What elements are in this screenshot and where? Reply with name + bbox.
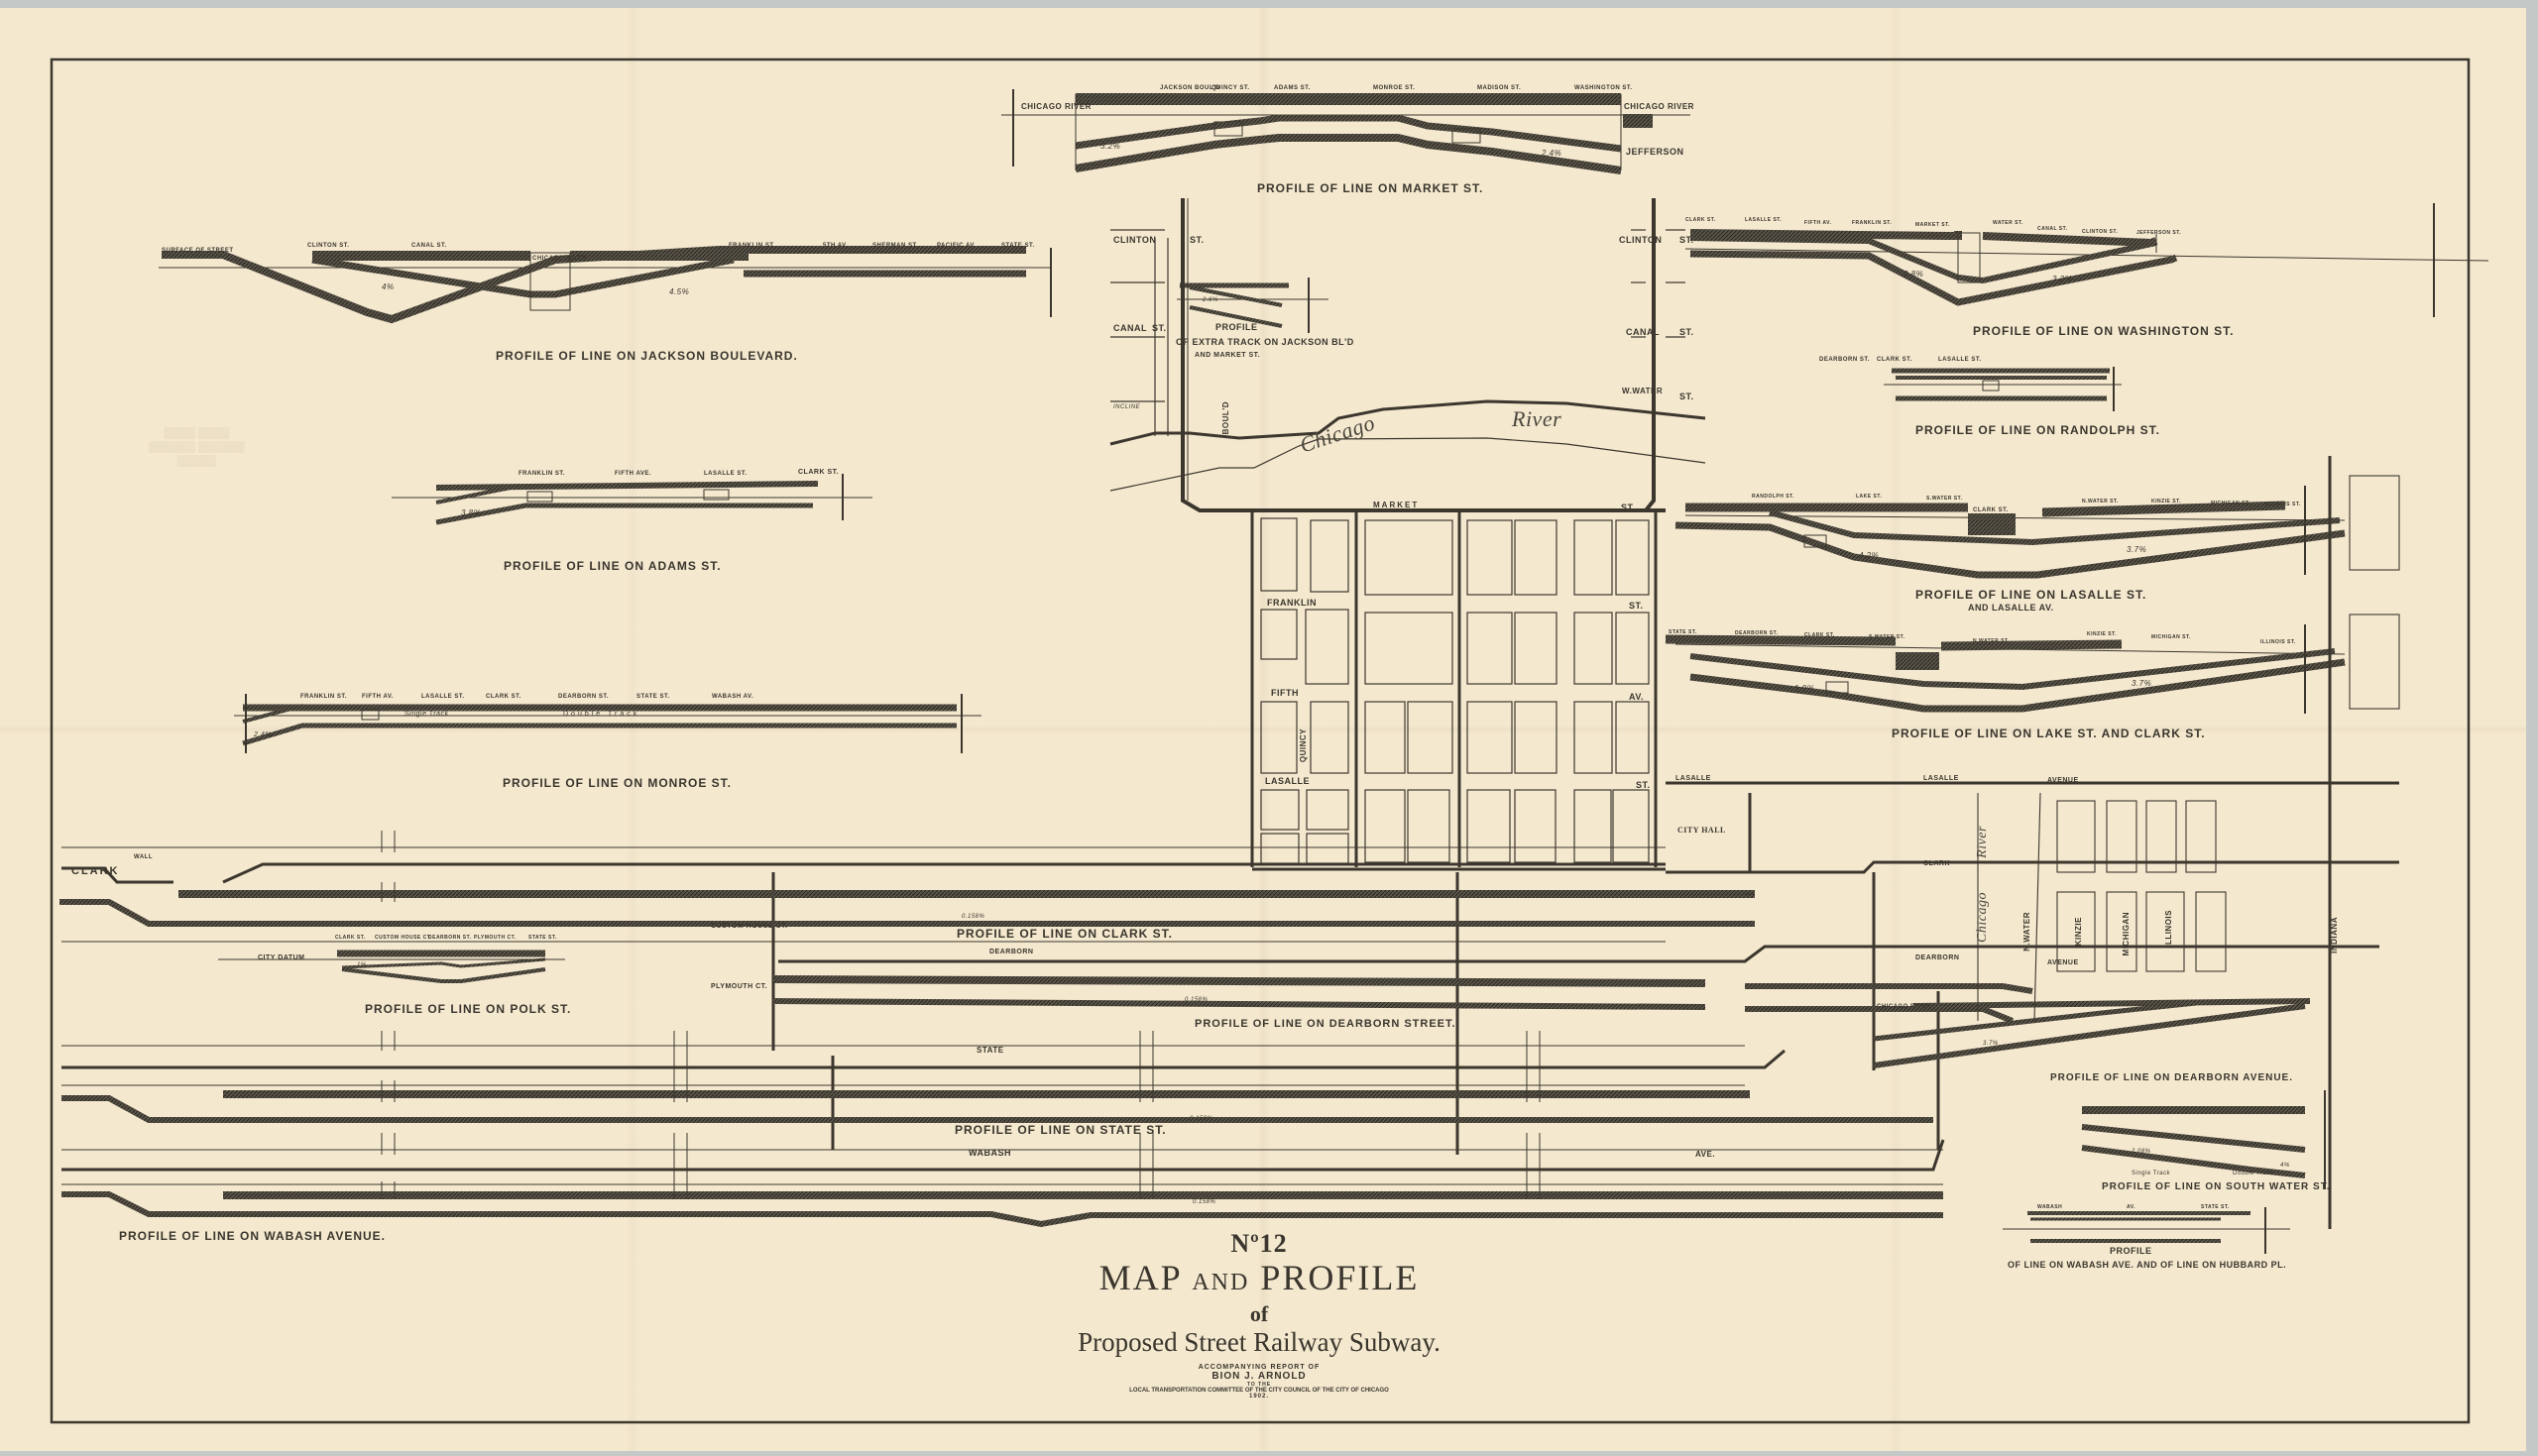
lake-clark-street-7: ILLINOIS ST. — [2260, 639, 2296, 645]
lake-clark-street-1: DEARBORN ST. — [1735, 630, 1779, 636]
jackson-street-2: FRANKLIN ST. — [729, 243, 775, 249]
lake-clark-street-5: KINZIE ST. — [2087, 631, 2117, 637]
map-label-kinzie: KINZIE — [2074, 917, 2083, 946]
map-label-st: ST. — [1621, 503, 1636, 512]
lake-clark-street-3: S.WATER ST. — [1869, 634, 1905, 640]
map-label-state-south: STATE — [977, 1046, 1004, 1055]
jackson-profile — [159, 248, 1051, 319]
wabash-hubbard-street-0: WABASH — [2037, 1204, 2062, 1210]
jackson-street-4: SHERMAN ST. — [872, 243, 918, 249]
map-label-av: AV. — [1629, 692, 1644, 702]
lasalle-profile-title: PROFILE OF LINE ON LASALLE ST. — [1915, 588, 2146, 602]
lasalle-street-6: ILLINOIS ST. — [2265, 502, 2301, 507]
title-block: Nº12 MAP AND PROFILE of Proposed Street … — [1051, 1229, 1467, 1400]
polk-street-4: STATE ST. — [528, 935, 557, 941]
polk-street-2: DEARBORN ST. — [428, 935, 472, 941]
washington-street-4: MARKET ST. — [1915, 222, 1950, 228]
market-street-3: MONROE ST. — [1373, 85, 1415, 91]
map-label-w-water: W.WATER — [1622, 387, 1663, 395]
lake-clark-street-6: MICHIGAN ST. — [2151, 634, 2191, 640]
map-label-clinton-east: CLINTON — [1619, 235, 1662, 245]
monroe-street-2: LASALLE ST. — [421, 694, 465, 700]
south-water-grade-right: 4% — [2280, 1163, 2290, 1169]
map-label-city-hall: CITY HALL — [1677, 826, 1726, 835]
title-of: of — [1051, 1301, 1467, 1327]
map-label-dearborn-south: DEARBORN — [989, 949, 1033, 955]
extra-track-grade: 2.6% — [1203, 297, 1218, 303]
map-label-plymouth: PLYMOUTH CT. — [711, 983, 767, 990]
map-label-illinois: ILLINOIS — [2164, 910, 2173, 948]
state-profile-title: PROFILE OF LINE ON STATE ST. — [955, 1123, 1167, 1137]
jackson-grade-right: 4.5% — [669, 287, 689, 296]
author-name: BION J. ARNOLD — [1051, 1371, 1467, 1382]
market-profile — [1001, 89, 1690, 170]
adams-grade: 3.8% — [461, 508, 481, 517]
map-label-st: ST. — [1679, 235, 1694, 245]
map-label-franklin: FRANKLIN — [1267, 598, 1317, 608]
jackson-street-1: CANAL ST. — [411, 243, 447, 249]
jackson-street-0: CLINTON ST. — [307, 243, 349, 249]
jackson-surface-label: SURFACE OF STREET — [162, 248, 234, 254]
monroe-grade: 2.4% — [254, 731, 272, 738]
wabash-hubbard-street-1: AV. — [2127, 1204, 2135, 1210]
washington-grade-right: 3.2% — [2052, 275, 2072, 283]
chicago-river — [1110, 401, 1705, 491]
washington-grade-left: 2.8% — [1903, 270, 1923, 279]
map-label-st: ST. — [1629, 601, 1644, 611]
map-title: MAP AND PROFILE — [1051, 1259, 1467, 1301]
market-grade-left: 3.2% — [1100, 142, 1120, 151]
dearborn-avenue-river: CHICAGO RIVER — [1877, 1004, 1931, 1010]
map-label-avenue: AVENUE — [2047, 777, 2079, 784]
market-street-2: ADAMS ST. — [1274, 85, 1311, 91]
lake-clark-grade-left: 1.9% — [1794, 684, 1814, 693]
map-number: Nº12 — [1051, 1229, 1467, 1259]
map-label-ave: AVE. — [1695, 1150, 1715, 1159]
map-label-dearborn-north: DEARBORN — [1915, 954, 1959, 961]
wabash-hubbard-title-2: OF LINE ON WABASH AVE. AND OF LINE ON HU… — [2008, 1260, 2286, 1270]
washington-street-8: JEFFERSON ST. — [2136, 230, 2181, 236]
dearborn-avenue-grade: 3.7% — [1983, 1041, 1999, 1047]
monroe-street-3: CLARK ST. — [486, 694, 521, 700]
wabash-hubbard-title-1: PROFILE — [2110, 1246, 2152, 1256]
lasalle-profile-subtitle: AND LASALLE AV. — [1968, 603, 2054, 613]
lake-clark-profile-title: PROFILE OF LINE ON LAKE ST. AND CLARK ST… — [1892, 727, 2206, 740]
polk-grade: 1% — [357, 962, 367, 968]
extra-track-title-3: AND MARKET ST. — [1195, 352, 1260, 359]
south-water-double-track: Double Track — [2233, 1171, 2273, 1176]
washington-street-6: CANAL ST. — [2037, 226, 2068, 232]
title-profile: PROFILE — [1260, 1258, 1419, 1297]
extra-track-title-1: PROFILE — [1215, 322, 1258, 332]
market-street-4: MADISON ST. — [1477, 85, 1521, 91]
lasalle-grade-right: 3.7% — [2127, 545, 2146, 554]
monroe-street-6: WABASH AV. — [712, 694, 753, 700]
map-label-custom-house: CUSTOM HOUSE CT. — [711, 923, 788, 930]
clark-grade: 0.158% — [962, 914, 984, 920]
market-river-left: CHICAGO RIVER — [1021, 102, 1092, 111]
map-label-incline: INCLINE — [1113, 404, 1140, 410]
accompanying-text: ACCOMPANYING REPORT OF — [1051, 1364, 1467, 1371]
washington-street-1: LASALLE ST. — [1745, 217, 1782, 223]
washington-profile-title: PROFILE OF LINE ON WASHINGTON ST. — [1973, 324, 2234, 338]
washington-street-2: FIFTH AV. — [1804, 220, 1831, 226]
map-label-canal-east: CANAL — [1626, 327, 1660, 337]
year-text: 1902. — [1051, 1394, 1467, 1400]
wabash-hubbard-street-2: STATE ST. — [2201, 1204, 2230, 1210]
map-label-chicago-north: Chicago — [1975, 892, 1991, 943]
adams-street-0: FRANKLIN ST. — [519, 471, 565, 477]
monroe-street-0: FRANKLIN ST. — [300, 694, 347, 700]
jackson-profile-title: PROFILE OF LINE ON JACKSON BOULEVARD. — [496, 349, 798, 363]
randolph-street-1: CLARK ST. — [1877, 357, 1912, 363]
lasalle-street-1: LAKE ST. — [1856, 494, 1882, 500]
randolph-profile — [1884, 367, 2122, 411]
library-stamp: ▒▒▒▒ ▒▒▒▒▒▒▒▒▒▒ ▒▒▒▒▒▒▒▒▒▒▒ — [149, 426, 245, 468]
title-map: MAP — [1099, 1258, 1182, 1297]
lasalle-street-4: KINZIE ST. — [2151, 499, 2181, 504]
title-subtitle: Proposed Street Railway Subway. — [1051, 1327, 1467, 1358]
cross-streets — [61, 831, 1943, 1199]
randolph-profile-title: PROFILE OF LINE ON RANDOLPH ST. — [1915, 423, 2160, 437]
market-street-5: WASHINGTON ST. — [1574, 85, 1633, 91]
map-label-lasalle: LASALLE — [1265, 776, 1310, 786]
jackson-grade-left: 4% — [382, 282, 395, 291]
map-label-river-north: River — [1975, 826, 1991, 858]
map-label-st: ST. — [1190, 235, 1205, 245]
map-label-market: MARKET — [1373, 501, 1419, 509]
map-label-boul-d: BOUL'D — [1221, 401, 1230, 434]
monroe-street-1: FIFTH AV. — [362, 694, 394, 700]
map-label-clark-north: CLARK — [1923, 860, 1950, 867]
map-label-st: ST. — [1152, 323, 1167, 333]
map-label-lasalle-avenue: LASALLE — [1923, 775, 1959, 782]
market-river-right: CHICAGO RIVER — [1624, 102, 1694, 111]
map-label-wabash-south: WABASH — [969, 1148, 1011, 1158]
market-street-1: QUINCY ST. — [1211, 85, 1250, 91]
map-label-river: River — [1512, 406, 1561, 432]
polk-street-0: CLARK ST. — [335, 935, 366, 941]
map-label-clinton-west: CLINTON — [1113, 235, 1156, 245]
monroe-street-5: STATE ST. — [636, 694, 670, 700]
adams-street-1: FIFTH AVE. — [615, 471, 651, 477]
lake-clark-street-2: CLARK ST. — [1804, 632, 1835, 638]
map-label-lasalle-north: LASALLE — [1675, 775, 1711, 782]
lake-clark-street-4: N.WATER ST. — [1973, 638, 2010, 644]
market-grade-right: 2.4% — [1542, 149, 1561, 158]
polk-street-1: CUSTOM HOUSE CT. — [375, 935, 432, 941]
jackson-street-3: 5TH AV. — [823, 243, 848, 249]
washington-street-5: WATER ST. — [1993, 220, 2023, 226]
monroe-double-track: Double Track — [563, 711, 639, 718]
lake-clark-grade-right: 3.7% — [2132, 679, 2151, 688]
washington-street-0: CLARK ST. — [1685, 217, 1716, 223]
jackson-street-5: PACIFIC AV. — [937, 243, 977, 249]
map-label-avenue-2: AVENUE — [2047, 959, 2079, 966]
map-label-clark-south: CLARK — [71, 865, 120, 877]
washington-street-7: CLINTON ST. — [2082, 229, 2118, 235]
lake-clark-street-0: STATE ST. — [1669, 629, 1697, 635]
map-label-fifth: FIFTH — [1271, 688, 1299, 698]
map-label-wall: WALL — [134, 854, 153, 860]
state-grade: 0.158% — [1190, 1116, 1212, 1122]
lasalle-street-3: N.WATER ST. — [2082, 499, 2119, 504]
randolph-street-2: LASALLE ST. — [1938, 357, 1982, 363]
polk-profile-title: PROFILE OF LINE ON POLK ST. — [365, 1002, 571, 1016]
map-label-st: ST. — [1679, 392, 1694, 401]
washington-street-3: FRANKLIN ST. — [1852, 220, 1892, 226]
adams-profile-title: PROFILE OF LINE ON ADAMS ST. — [504, 559, 722, 573]
jackson-street-6: STATE ST. — [1001, 243, 1035, 249]
clark-profile-title: PROFILE OF LINE ON CLARK ST. — [957, 927, 1173, 941]
randolph-street-0: DEARBORN ST. — [1819, 357, 1870, 363]
lasalle-river: CLARK ST. — [1973, 507, 2009, 513]
south-water-grade-left: 2.08% — [2132, 1149, 2151, 1155]
map-label-indiana: INDIANA — [2330, 917, 2339, 953]
extra-track-title-2: OF EXTRA TRACK ON JACKSON BL'D — [1176, 337, 1354, 347]
map-label-n-water: N.WATER — [2022, 912, 2031, 952]
dearborn-avenue-profile-title: PROFILE OF LINE ON DEARBORN AVENUE. — [2050, 1072, 2293, 1083]
monroe-profile — [234, 694, 981, 753]
monroe-street-4: DEARBORN ST. — [558, 694, 609, 700]
lasalle-grade-left: 4.2% — [1859, 551, 1879, 560]
map-label-quincy: QUINCY — [1299, 728, 1308, 762]
lasalle-street-2: S.WATER ST. — [1926, 496, 1963, 502]
wabash-profile-title: PROFILE OF LINE ON WABASH AVENUE. — [119, 1229, 386, 1243]
dearborn-street-grade: 0.158% — [1185, 997, 1208, 1003]
adams-street-3: CLARK ST. — [798, 469, 839, 476]
map-label-jefferson: JEFFERSON — [1626, 147, 1684, 157]
polk-street-3: PLYMOUTH CT. — [474, 935, 516, 941]
jackson-river: CHICAGO RIVER — [532, 256, 587, 262]
lasalle-street-5: MICHIGAN ST. — [2211, 501, 2250, 506]
map-label-st: ST. — [1636, 780, 1651, 790]
map-label-michigan: MICHIGAN — [2122, 912, 2131, 955]
south-water-single-track: Single Track — [2132, 1171, 2170, 1176]
lasalle-street-0: RANDOLPH ST. — [1752, 494, 1794, 500]
map-label-st: ST. — [1679, 327, 1694, 337]
adams-street-2: LASALLE ST. — [704, 471, 748, 477]
market-profile-title: PROFILE OF LINE ON MARKET ST. — [1257, 181, 1483, 195]
dearborn-street-profile-title: PROFILE OF LINE ON DEARBORN STREET. — [1195, 1018, 1456, 1030]
monroe-single-track: Single Track — [404, 711, 449, 718]
title-and: AND — [1192, 1270, 1249, 1295]
map-label-canal-west: CANAL — [1113, 323, 1147, 333]
south-water-profile-title: PROFILE OF LINE ON SOUTH WATER ST. — [2102, 1181, 2330, 1192]
wabash-grade: 0.158% — [1193, 1199, 1215, 1205]
polk-city-datum: CITY DATUM — [258, 954, 305, 961]
monroe-profile-title: PROFILE OF LINE ON MONROE ST. — [503, 776, 732, 790]
